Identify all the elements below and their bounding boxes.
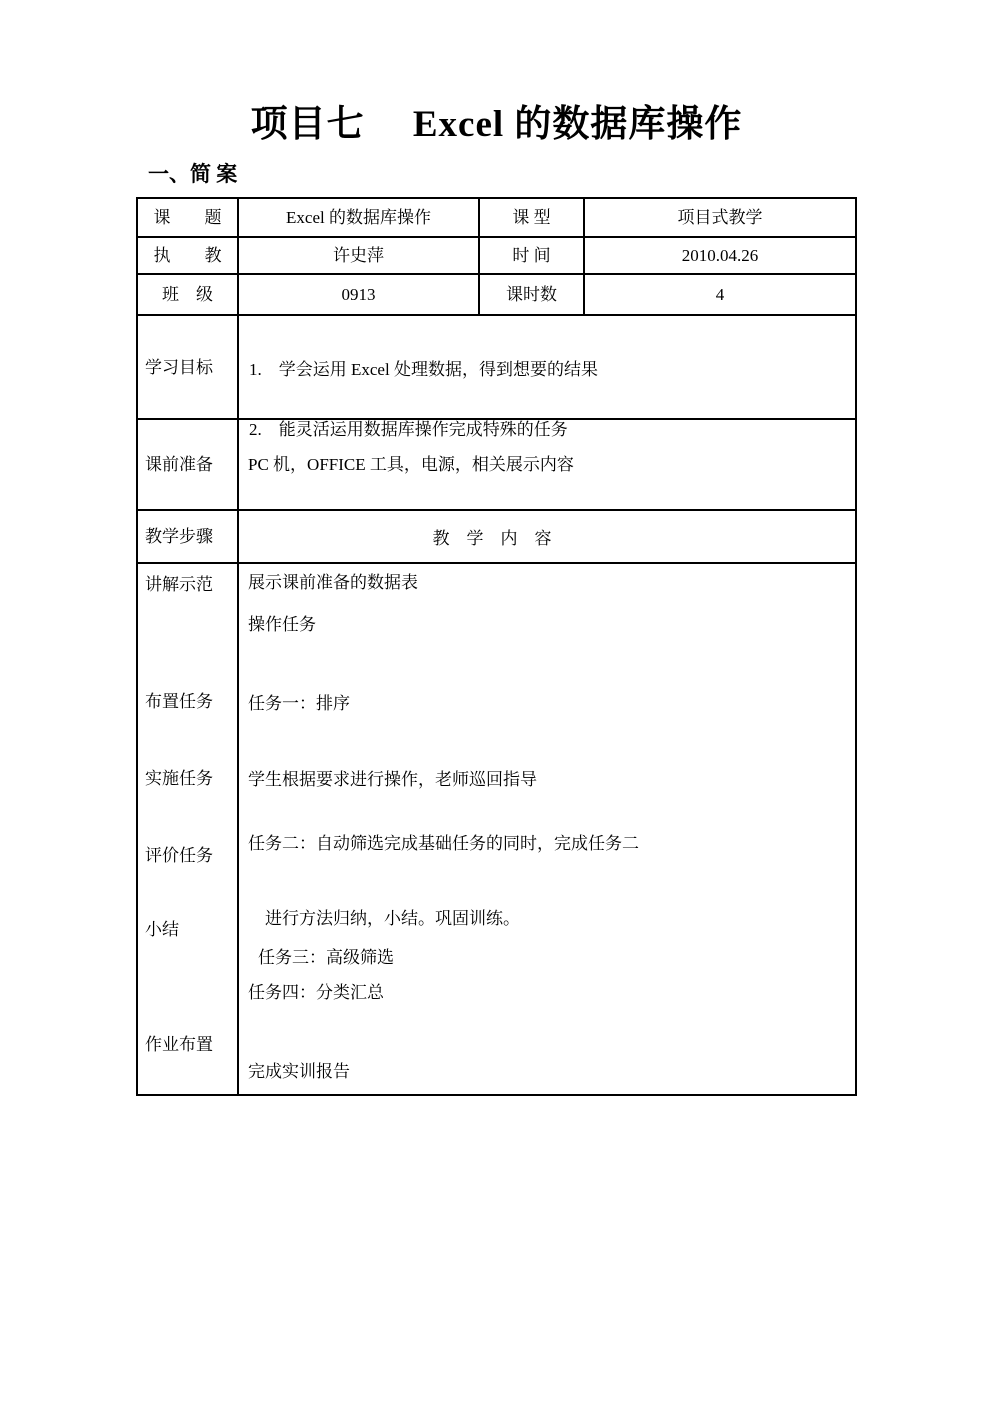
objectives-label: 学习目标 (138, 316, 239, 420)
preparation-content: PC 机，OFFICE 工具，电源，相关展示内容 (239, 420, 857, 511)
teaching-content-header-cell: 教 学 内 容 (239, 511, 857, 564)
teacher-value: 许史萍 (239, 238, 480, 275)
class-value: 0913 (239, 275, 480, 316)
content-line: 任务四：分类汇总 (248, 984, 384, 1001)
document-page: 项目七 Excel 的数据库操作 一、简 案 课 题 Excel 的数据库操作 … (0, 0, 993, 1404)
stage-label: 布置任务 (145, 693, 213, 710)
stage-label: 评价任务 (145, 847, 213, 864)
class-label: 班 级 (138, 275, 239, 316)
course-type-label: 课 型 (480, 199, 585, 238)
content-line: 完成实训报告 (248, 1063, 350, 1080)
content-line: 任务三：高级筛选 (258, 949, 394, 966)
objective-item: 1. 学会运用 Excel 处理数据，得到想要的结果 (249, 357, 849, 383)
procedure-content-cell: 展示课前准备的数据表 操作任务 任务一：排序 学生根据要求进行操作，老师巡回指导… (239, 564, 857, 1096)
time-label: 时 间 (480, 238, 585, 275)
content-line: 学生根据要求进行操作，老师巡回指导 (248, 771, 537, 788)
content-line: 任务二：自动筛选完成基础任务的同时，完成任务二 (248, 835, 639, 852)
stage-label: 讲解示范 (145, 576, 213, 593)
procedure-stages-cell: 讲解示范 布置任务 实施任务 评价任务 小结 作业布置 (138, 564, 239, 1096)
teaching-steps-label: 教学步骤 (138, 511, 239, 564)
course-title-value: Excel 的数据库操作 (239, 199, 480, 238)
content-line: 任务一：排序 (248, 695, 350, 712)
objectives-content: 1. 学会运用 Excel 处理数据，得到想要的结果 2. 能灵活运用数据库操作… (239, 316, 857, 420)
document-title: 项目七 Excel 的数据库操作 (0, 101, 993, 149)
preparation-label: 课前准备 (138, 420, 239, 511)
content-line: 展示课前准备的数据表 (248, 574, 418, 591)
teaching-content-header: 教 学 内 容 (433, 530, 552, 547)
lesson-plan-table: 课 题 Excel 的数据库操作 课 型 项目式教学 执 教 许史萍 时 间 2… (136, 197, 857, 1096)
section-heading: 一、简 案 (148, 160, 237, 188)
teacher-label: 执 教 (138, 238, 239, 275)
stage-label: 小结 (145, 921, 179, 938)
content-line: 操作任务 (248, 616, 316, 633)
periods-value: 4 (585, 275, 857, 316)
stage-label: 作业布置 (145, 1036, 213, 1053)
time-value: 2010.04.26 (585, 238, 857, 275)
content-line: 进行方法归纳，小结。巩固训练。 (265, 910, 520, 927)
course-type-value: 项目式教学 (585, 199, 857, 238)
course-title-label: 课 题 (138, 199, 239, 238)
stage-label: 实施任务 (145, 770, 213, 787)
periods-label: 课时数 (480, 275, 585, 316)
